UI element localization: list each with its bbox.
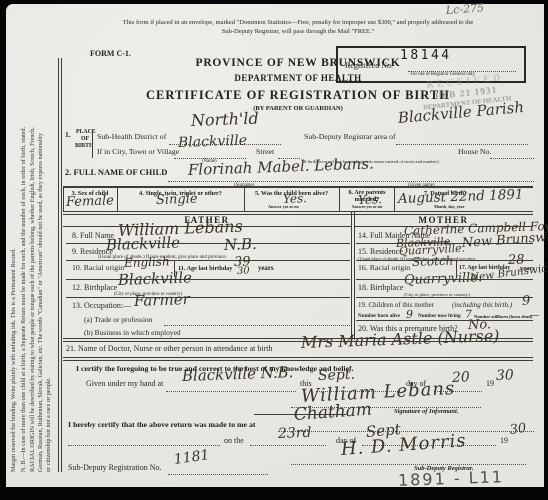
- s1-word-birth: BIRTH: [75, 143, 93, 150]
- margin-note-line2: N. B.—In case of more than one child at …: [20, 127, 28, 472]
- center-divider-2: [354, 212, 355, 340]
- city-handwriting: Blackville: [178, 133, 248, 151]
- mother-origin-handwriting: Scotch: [412, 255, 454, 270]
- given-place-handwriting: Blackville N.B.: [182, 364, 294, 385]
- mail-notice-line2: Sub-Deputy Registrar, will pass through …: [63, 28, 533, 35]
- row21-bottom-rule1: [63, 357, 533, 358]
- grid-v4: [394, 188, 395, 211]
- father-trade-label: (a) Trade or profession: [84, 316, 153, 325]
- children-total-handwriting: 9: [522, 295, 531, 310]
- registrar-area-dots: [396, 143, 528, 145]
- informant-signature-note: Signature of Informant.: [394, 408, 458, 415]
- mail-notice-line1: This form if placed in an envelope, mark…: [63, 19, 533, 26]
- registrar-place-dots: [278, 430, 534, 432]
- s1-brace-rule: [92, 130, 93, 158]
- registrar-place-handwriting: Chatham: [293, 401, 372, 426]
- house-no-label: House No.: [458, 148, 491, 157]
- district-handwriting: North'ld: [191, 110, 259, 131]
- center-divider-1: [351, 212, 352, 340]
- given-month-handwriting: Sept.: [318, 367, 355, 384]
- grid-top-rule: [63, 186, 533, 188]
- registrar-year-handwriting: 30: [509, 422, 527, 439]
- grid-v1: [117, 188, 118, 211]
- father-trade-dots: [164, 324, 350, 326]
- child-name-handwriting: Florinah Mabel. Lebans.: [188, 156, 374, 180]
- mother-birthplace-label: 18. Birthplace: [358, 283, 403, 292]
- year-prefix-2: 19: [500, 436, 508, 445]
- row21-bottom-rule2: [63, 360, 533, 361]
- father-origin-label: 10. Racial origin: [72, 264, 124, 273]
- scanned-birth-certificate: Lc-275 Margin reserved for binding. Writ…: [0, 0, 548, 500]
- margin-note-line3c: or citizenship but not a race or people.: [45, 377, 53, 472]
- registered-number: 18144: [400, 49, 452, 64]
- registrar-signature: H. D. Morris: [340, 431, 467, 460]
- year-prefix-1: 19: [486, 379, 494, 388]
- street-label: Street: [256, 148, 274, 157]
- sex-handwriting: Female: [66, 194, 114, 211]
- children-label-italic: (including this birth.): [452, 301, 512, 309]
- mother-origin-label: 16. Racial origin: [358, 264, 410, 273]
- single-twin-handwriting: Single: [156, 193, 198, 209]
- father-residence-province-handwriting: N.B.: [224, 236, 257, 254]
- registrar-area-label: Sub-Deputy Registrar area of: [304, 133, 396, 142]
- corner-archive-note: Lc-275: [446, 2, 485, 17]
- certificate-paper: Lc-275 Margin reserved for binding. Writ…: [6, 4, 544, 487]
- father-residence-handwriting: Blackville: [106, 234, 181, 254]
- registrar-day-handwriting: 23rd: [278, 425, 312, 442]
- registrar-day-dots: [250, 444, 326, 446]
- bottom-archive-note: 1891 - L11: [398, 468, 505, 490]
- grid-v2: [244, 188, 245, 211]
- father-age-correction-handwriting: 30: [237, 266, 250, 278]
- given-year-handwriting: 30: [496, 367, 514, 384]
- children-label: 19. Children of this mother: [358, 301, 434, 309]
- attendant-handwriting: Mrs Maria Astle (Nurse): [301, 327, 500, 352]
- born-alive-note: Answer yes or no: [268, 205, 299, 210]
- father-rule-4: [66, 297, 350, 298]
- father-occupation-handwriting: Farmer: [134, 291, 190, 310]
- margin-note-line3b: German, Russian, Ruthenian, Slovak, Gali…: [37, 133, 45, 472]
- sub-deputy-regno-dots: [168, 473, 268, 475]
- s1-word-of: OF: [81, 136, 89, 143]
- father-birthplace-handwriting: Blackville: [118, 269, 193, 289]
- mother-rule-4: [356, 297, 533, 298]
- mother-rule-5: [356, 320, 533, 321]
- city-label: If in City, Town or Village: [97, 148, 179, 157]
- on-the-label: on the: [224, 436, 244, 445]
- attendant-label: 21. Name of Doctor, Nurse or other perso…: [66, 344, 273, 353]
- father-rule-2: [66, 260, 350, 261]
- father-age-units: years: [258, 265, 273, 273]
- given-under-label: Given under my hand at: [86, 379, 163, 388]
- father-business-label: (b) Business in which employed: [84, 329, 181, 338]
- given-place-dots: [166, 390, 296, 392]
- registrar-signature-dots: [291, 463, 526, 465]
- district-label: Sub-Health District of: [97, 133, 166, 142]
- child-name-dots: [168, 180, 534, 182]
- binding-rule-inner: [61, 58, 62, 472]
- binding-rule-outer: [58, 58, 59, 472]
- sub-deputy-regno-label: Sub-Deputy Registration No.: [68, 463, 162, 472]
- registered-no-label: Registered No.: [345, 61, 393, 70]
- father-rule-3: [66, 279, 350, 280]
- sub-deputy-regno-handwriting: 1181: [173, 447, 211, 468]
- father-occupation-label: 13. Occupation:—: [72, 301, 131, 310]
- margin-note-line1: Margin reserved for binding. Write plain…: [10, 248, 18, 472]
- registrar-lead-dots: [68, 444, 220, 446]
- grid-bottom-rule1: [63, 211, 533, 212]
- parents-married-note: Answer yes or no: [340, 205, 394, 210]
- child-name-label: 2. FULL NAME OF CHILD: [65, 168, 167, 178]
- registrar-statement: I hereby certify that the above return w…: [68, 421, 255, 430]
- dob-note: Month, day, year: [434, 205, 464, 210]
- s1-number: 1.: [65, 131, 71, 140]
- house-no-dots: [490, 157, 534, 159]
- margin-note-line3a: RACIAL ORIGIN will be described by stati…: [29, 127, 37, 472]
- father-birthplace-label: 12. Birthplace: [72, 283, 117, 292]
